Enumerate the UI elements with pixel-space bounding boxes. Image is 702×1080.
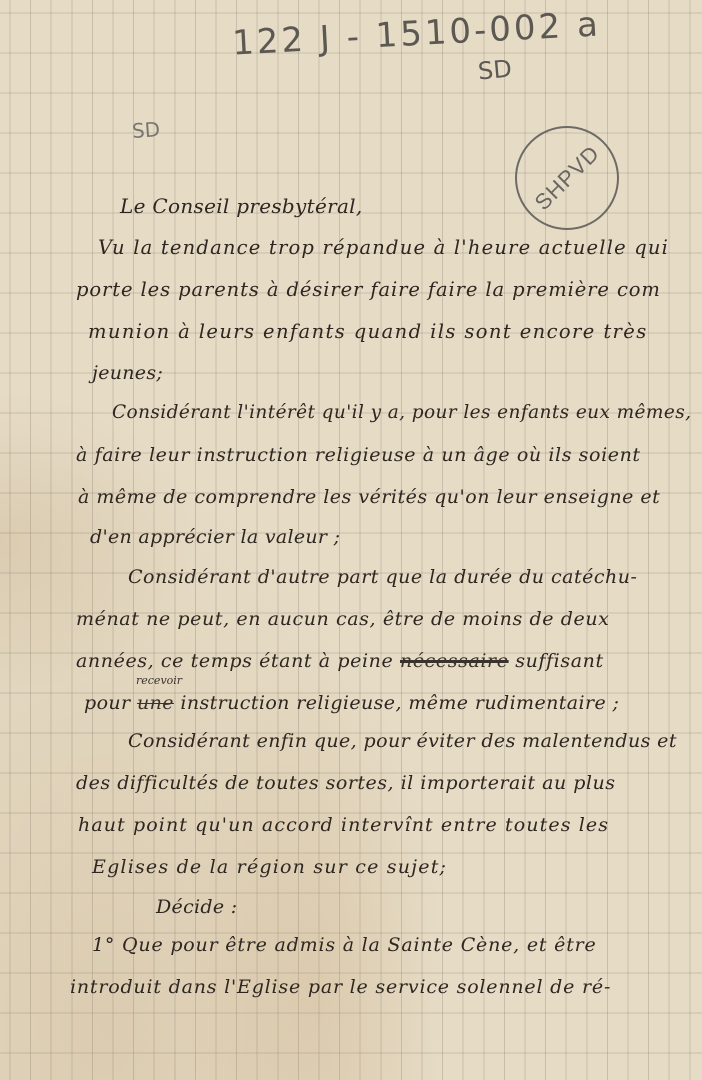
decision-heading: Décide : bbox=[156, 896, 237, 918]
text-segment: années, ce temps étant à peine bbox=[76, 650, 393, 672]
text-line: années, ce temps étant à peine nécessair… bbox=[76, 650, 604, 672]
struck-word: une bbox=[137, 692, 174, 714]
text-line: haut point qu'un accord intervînt entre … bbox=[78, 814, 609, 836]
text-line: Considérant enfin que, pour éviter des m… bbox=[128, 730, 677, 752]
text-line: Vu la tendance trop répandue à l'heure a… bbox=[98, 236, 669, 259]
text-segment: pour bbox=[84, 692, 131, 714]
text-line: 1° Que pour être admis à la Sainte Cène,… bbox=[92, 934, 597, 956]
text-line: des difficultés de toutes sortes, il imp… bbox=[76, 772, 615, 794]
text-line: ménat ne peut, en aucun cas, être de moi… bbox=[76, 608, 609, 630]
archive-stamp: SHPVD bbox=[515, 126, 619, 230]
text-line: Eglises de la région sur ce sujet; bbox=[92, 856, 447, 878]
interlinear-insert: recevoir bbox=[136, 674, 182, 687]
text-line: introduit dans l'Eglise par le service s… bbox=[70, 976, 611, 998]
text-line: à même de comprendre les vérités qu'on l… bbox=[78, 486, 660, 508]
text-line: Considérant l'intérêt qu'il y a, pour le… bbox=[112, 402, 691, 423]
text-line: jeunes; bbox=[92, 362, 163, 384]
text-line: pour une instruction religieuse, même ru… bbox=[84, 692, 619, 714]
heading-line: Le Conseil presbytéral, bbox=[120, 194, 363, 218]
manuscript-page: 122 J - 1510-002 a SD SD SHPVD Le Consei… bbox=[0, 0, 702, 1080]
stamp-text: SHPVD bbox=[529, 140, 605, 216]
text-line: à faire leur instruction religieuse à un… bbox=[76, 444, 641, 466]
text-line: munion à leurs enfants quand ils sont en… bbox=[88, 320, 648, 343]
archive-reference: 122 J - 1510-002 a bbox=[231, 4, 602, 63]
struck-word: nécessaire bbox=[400, 650, 509, 672]
text-segment: suffisant bbox=[515, 650, 603, 672]
text-segment: instruction religieuse, même rudimentair… bbox=[180, 692, 619, 714]
text-line: d'en apprécier la valeur ; bbox=[90, 526, 340, 548]
archive-mark-sd: SD bbox=[477, 55, 513, 86]
margin-mark-sd: SD bbox=[131, 117, 161, 143]
text-line: porte les parents à désirer faire faire … bbox=[76, 278, 661, 301]
text-line: Considérant d'autre part que la durée du… bbox=[128, 566, 637, 588]
